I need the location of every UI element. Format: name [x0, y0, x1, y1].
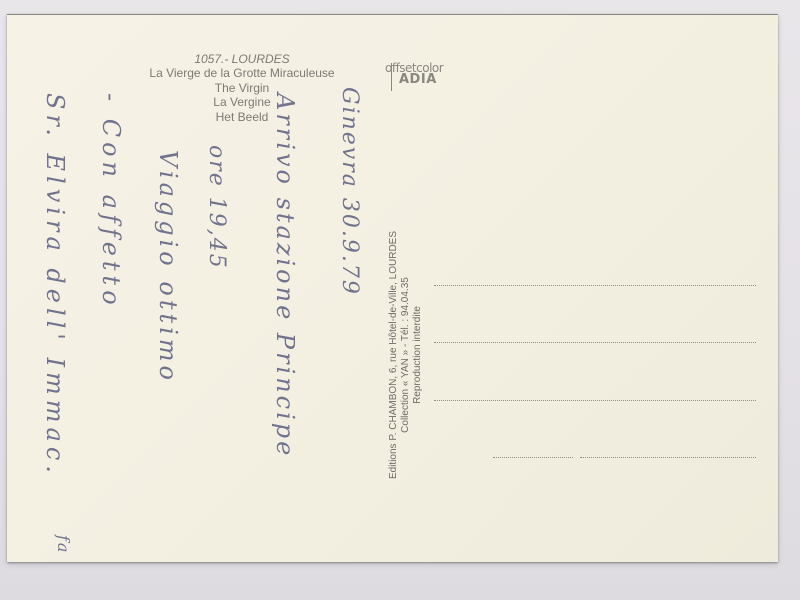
handwriting-greeting: - Con affetto	[97, 93, 125, 310]
publisher-line-2: Collection « YAN » - Tél. : 94.04.35	[400, 165, 412, 545]
handwriting-arrival: Arrivo stazione Principe	[271, 93, 299, 458]
handwriting-date: Ginevra 30.9.79	[337, 87, 362, 296]
address-line-4b	[580, 457, 756, 458]
address-line-4a	[493, 457, 573, 458]
postcard-caption: 1057.- LOURDES La Vierge de la Grotte Mi…	[117, 52, 367, 124]
caption-italian: La Vergine	[117, 95, 367, 109]
caption-title: 1057.- LOURDES	[117, 52, 367, 66]
handwriting-initials: fa	[54, 535, 73, 554]
publisher-info: Editions P. CHAMBON, 6, rue Hôtel-de-Vil…	[388, 165, 424, 545]
address-line-2	[434, 342, 756, 343]
address-line-1	[434, 285, 756, 286]
caption-english: The Virgin	[117, 81, 367, 95]
handwriting-signature: Sr. Elvira dell' Immac.	[41, 93, 69, 478]
logo-bottom-text: ADIA	[399, 72, 437, 87]
address-line-3	[434, 400, 756, 401]
caption-dutch: Het Beeld	[117, 110, 367, 124]
publisher-line-3: Reproduction interdite	[412, 165, 424, 545]
offsetcolor-adia-logo: offsetcolor ADIA	[381, 61, 451, 95]
caption-french: La Vierge de la Grotte Miraculeuse	[117, 66, 367, 80]
handwriting-time: ore 19,45	[204, 145, 229, 270]
handwriting-trip: Viaggio ottimo	[154, 150, 182, 384]
publisher-line-1: Editions P. CHAMBON, 6, rue Hôtel-de-Vil…	[388, 165, 400, 545]
postcard-back: 1057.- LOURDES La Vierge de la Grotte Mi…	[7, 14, 778, 562]
